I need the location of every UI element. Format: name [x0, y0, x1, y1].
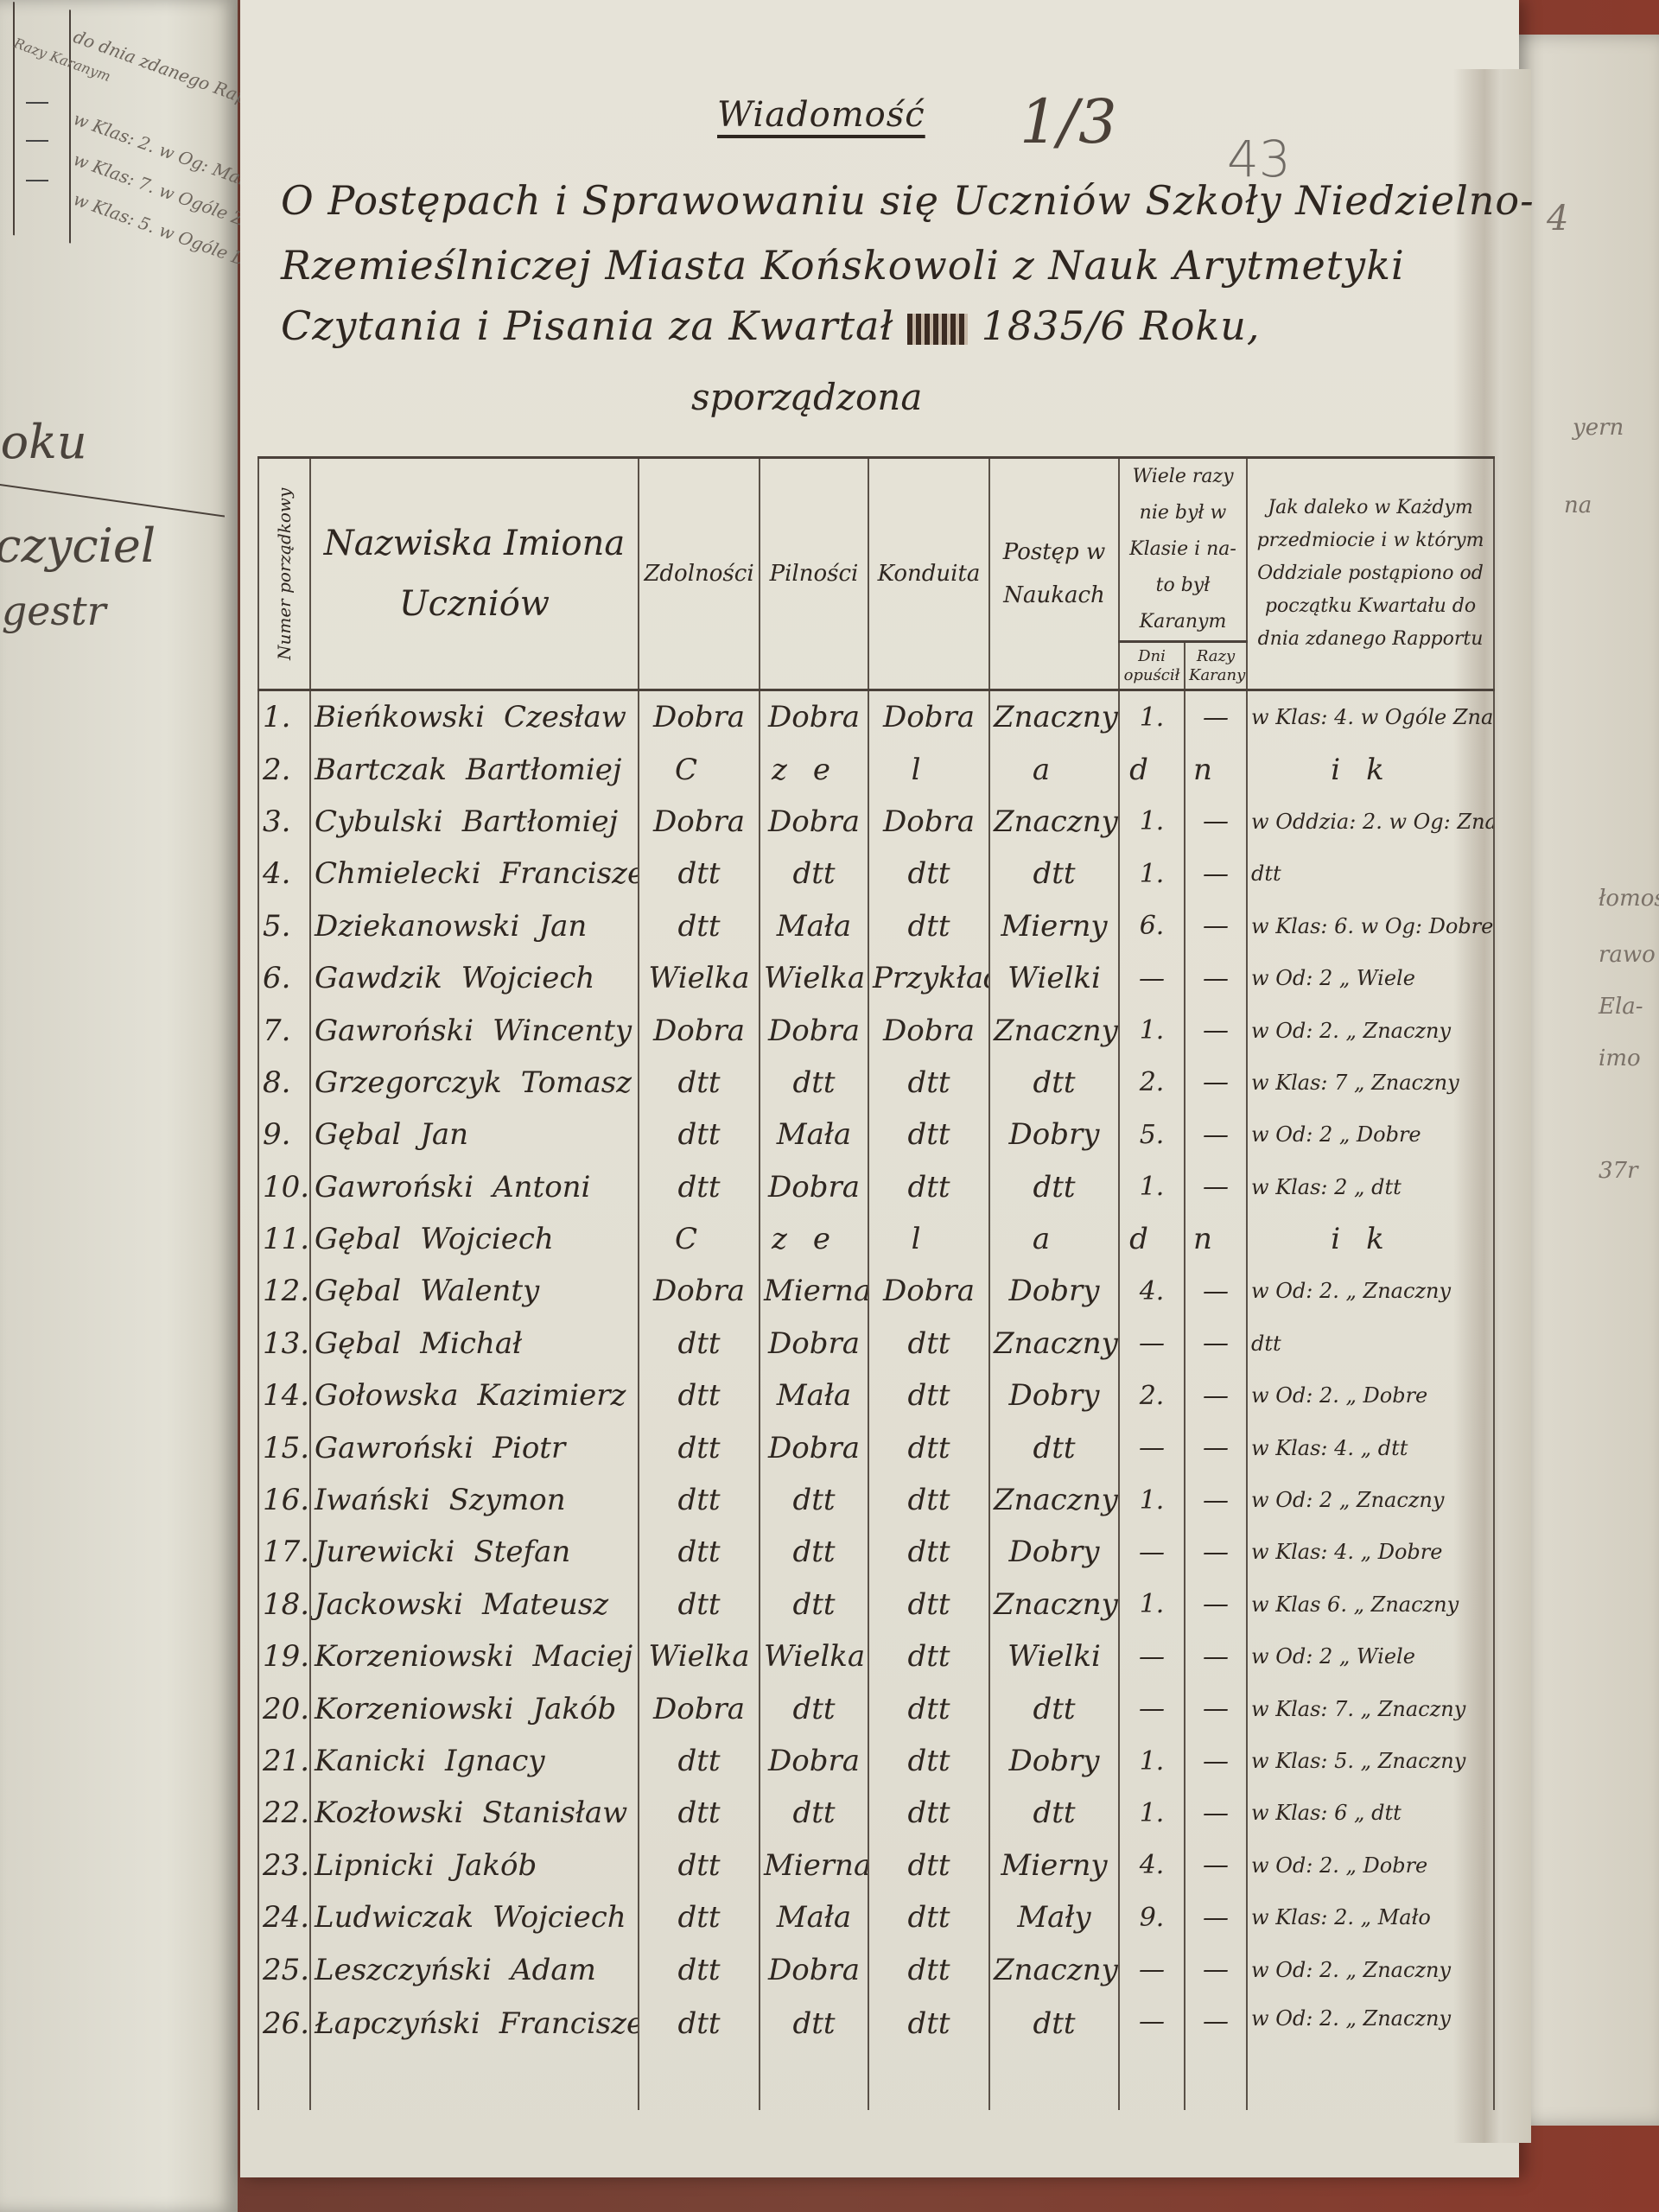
conduct-grade: dtt	[868, 1057, 989, 1109]
student-given-name: Bartłomiej	[466, 753, 621, 787]
journeyman-letters: l	[868, 743, 989, 795]
conduct-grade: dtt	[868, 1370, 989, 1421]
student-name: LeszczyńskiAdam	[310, 1943, 639, 1995]
student-surname: Lipnicki	[315, 1848, 435, 1883]
table-row: 12.GębalWalentyDobraMiernaDobraDobry4.—w…	[258, 1265, 1494, 1317]
days-absent: 1.	[1119, 690, 1185, 744]
student-surname: Łapczyński	[315, 2006, 480, 2041]
table-row: 8.GrzegorczykTomaszdttdttdttdtt2.—w Klas…	[258, 1057, 1494, 1109]
progress-grade: dtt	[989, 1421, 1119, 1473]
days-absent: 9.	[1119, 1891, 1185, 1943]
diligence-grade: Mierna	[760, 1840, 868, 1891]
table-row: 14.GołowskaKazimierzdttMaładttDobry2.—w …	[258, 1370, 1494, 1421]
student-surname: Gębal	[315, 1222, 401, 1256]
heading-line-1: O Postępach i Sprawowaniu się Uczniów Sz…	[281, 177, 1535, 224]
progress-grade: Znaczny	[989, 1474, 1119, 1526]
student-name: GębalMichał	[310, 1318, 639, 1370]
ability-grade: dtt	[639, 1421, 760, 1473]
progress-remark: w Klas: 7 „ Znaczny	[1247, 1057, 1494, 1109]
student-name: KorzeniowskiJakób	[310, 1682, 639, 1734]
days-absent: —	[1119, 1630, 1185, 1682]
row-number: 4.	[258, 848, 310, 899]
student-name: CybulskiBartłomiej	[310, 796, 639, 848]
days-absent: —	[1119, 952, 1185, 1004]
progress-remark: w Klas: 4. „ Dobre	[1247, 1526, 1494, 1578]
student-surname: Jurewicki	[315, 1535, 454, 1569]
left-page-dash	[26, 102, 48, 104]
row-number: 25.	[258, 1943, 310, 1995]
table-row: 23.LipnickiJakóbdttMiernadttMierny4.—w O…	[258, 1840, 1494, 1891]
days-absent: —	[1119, 1682, 1185, 1734]
journeyman-letters: l	[868, 1213, 989, 1265]
sheet-fragment: 37r	[1599, 1158, 1638, 1184]
times-punished: —	[1185, 1943, 1247, 1995]
ability-grade: Dobra	[639, 1004, 760, 1056]
student-name: GrzegorczykTomasz	[310, 1057, 639, 1109]
row-number: 20.	[258, 1682, 310, 1734]
journeyman-letter: n	[1193, 1222, 1238, 1256]
student-name: BieńkowskiCzesław	[310, 690, 639, 744]
sheet-fragment: na	[1564, 493, 1592, 518]
table-row: 24.LudwiczakWojciechdttMaładttMały9.—w K…	[258, 1891, 1494, 1943]
progress-remark: w Od: 2 „ Wiele	[1247, 952, 1494, 1004]
ability-grade: Dobra	[639, 1265, 760, 1317]
row-number: 16.	[258, 1474, 310, 1526]
header-names: Nazwiska Imiona Uczniów	[310, 458, 639, 690]
times-punished: —	[1185, 1682, 1247, 1734]
progress-remark: dtt	[1247, 848, 1494, 899]
row-number: 11.	[258, 1213, 310, 1265]
table-row: 20.KorzeniowskiJakóbDobradttdttdtt——w Kl…	[258, 1682, 1494, 1734]
times-punished: —	[1185, 1421, 1247, 1473]
student-surname: Gawdzik	[315, 961, 442, 995]
progress-remark: w Klas: 5. „ Znaczny	[1247, 1735, 1494, 1787]
progress-remark: w Klas: 2 „ dtt	[1247, 1161, 1494, 1213]
times-punished: —	[1185, 1318, 1247, 1370]
journeyman-letters: n	[1185, 1213, 1247, 1265]
student-name: GawrońskiPiotr	[310, 1421, 639, 1473]
ability-grade: dtt	[639, 848, 760, 899]
journeyman-letters: ze	[760, 1213, 868, 1265]
table-row: 25.LeszczyńskiAdamdttDobradttZnaczny——w …	[258, 1943, 1494, 1995]
times-punished: —	[1185, 1474, 1247, 1526]
ability-grade: dtt	[639, 900, 760, 952]
student-name: ChmieleckiFranciszek	[310, 848, 639, 899]
ability-grade: dtt	[639, 1840, 760, 1891]
student-name: KozłowskiStanisław	[310, 1787, 639, 1839]
table-row: 1.BieńkowskiCzesławDobraDobraDobraZnaczn…	[258, 690, 1494, 744]
progress-grade: dtt	[989, 1057, 1119, 1109]
student-surname: Cybulski	[315, 804, 443, 839]
header-ability: Zdolności	[639, 458, 760, 690]
progress-grade: Wielki	[989, 952, 1119, 1004]
diligence-grade: Dobra	[760, 1318, 868, 1370]
student-name: GębalJan	[310, 1109, 639, 1160]
student-name: KorzeniowskiMaciej	[310, 1630, 639, 1682]
diligence-grade: dtt	[760, 1682, 868, 1734]
conduct-grade: dtt	[868, 1630, 989, 1682]
document-title: Wiadomość	[717, 95, 925, 135]
student-given-name: Walenty	[420, 1274, 539, 1308]
conduct-grade: dtt	[868, 848, 989, 899]
journeyman-letter: l	[912, 753, 947, 787]
diligence-grade: Dobra	[760, 1161, 868, 1213]
progress-remark: w Klas: 6 „ dtt	[1247, 1787, 1494, 1839]
heading-line-3-text: Czytania i Pisania za Kwartał	[281, 302, 893, 349]
student-surname: Kanicki	[315, 1744, 426, 1778]
heading-line-3: Czytania i Pisania za Kwartał 1835/6 Rok…	[281, 302, 1261, 349]
table-row: 13.GębalMichałdttDobradttZnaczny——dtt	[258, 1318, 1494, 1370]
progress-grade: dtt	[989, 1682, 1119, 1734]
student-given-name: Wincenty	[493, 1014, 632, 1048]
header-attendance-group: Wiele razy nie był w Klasie i na-to był …	[1119, 458, 1247, 642]
table-row: 15.GawrońskiPiotrdttDobradttdtt——w Klas:…	[258, 1421, 1494, 1473]
student-name: DziekanowskiJan	[310, 900, 639, 952]
progress-grade: Znaczny	[989, 1579, 1119, 1630]
student-given-name: Michał	[420, 1326, 522, 1361]
journeyman-letter: C	[675, 753, 723, 787]
progress-remark: w Klas: 2. „ Mało	[1247, 1891, 1494, 1943]
conduct-grade: dtt	[868, 1318, 989, 1370]
journeyman-letters: ze	[760, 743, 868, 795]
progress-grade: Dobry	[989, 1526, 1119, 1578]
journeyman-letter: e	[813, 1222, 856, 1256]
diligence-grade: dtt	[760, 1057, 868, 1109]
student-name: ŁapczyńskiFranciszek	[310, 1996, 639, 2110]
student-name: GawrońskiAntoni	[310, 1161, 639, 1213]
student-name: GawrońskiWincenty	[310, 1004, 639, 1056]
table-row: 26.ŁapczyńskiFranciszekdttdttdttdtt——w O…	[258, 1996, 1494, 2110]
student-surname: Bartczak	[315, 753, 447, 787]
conduct-grade: dtt	[868, 1787, 989, 1839]
journeyman-letters: a	[989, 1213, 1119, 1265]
conduct-grade: dtt	[868, 1474, 989, 1526]
student-name: JackowskiMateusz	[310, 1579, 639, 1630]
times-punished: —	[1185, 848, 1247, 899]
left-page-word: Nauczyciel	[0, 518, 156, 573]
progress-remark: w Od: 2. „ Dobre	[1247, 1840, 1494, 1891]
ability-grade: Wielka	[639, 952, 760, 1004]
journeyman-letters: C	[639, 1213, 760, 1265]
times-punished: —	[1185, 1265, 1247, 1317]
student-surname: Chmielecki	[315, 856, 481, 891]
sheet-fragment: 4	[1547, 199, 1568, 238]
student-given-name: Maciej	[533, 1639, 633, 1674]
row-number: 2.	[258, 743, 310, 795]
days-absent: 2.	[1119, 1057, 1185, 1109]
times-punished: —	[1185, 1370, 1247, 1421]
table-row: 3.CybulskiBartłomiejDobraDobraDobraZnacz…	[258, 796, 1494, 848]
times-punished: —	[1185, 1996, 1247, 2110]
student-given-name: Franciszek	[500, 856, 639, 891]
days-absent: 1.	[1119, 1474, 1185, 1526]
student-surname: Gawroński	[315, 1431, 474, 1465]
sheet-fragment: Ela-	[1599, 994, 1643, 1020]
table-row: 11.GębalWojciechCzeladnik	[258, 1213, 1494, 1265]
times-punished: —	[1185, 1787, 1247, 1839]
progress-remark: w Klas: 4. w Ogóle Znaczny	[1247, 690, 1494, 744]
table-row: 2.BartczakBartłomiejCzeladnik	[258, 743, 1494, 795]
student-name: LudwiczakWojciech	[310, 1891, 639, 1943]
times-punished: —	[1185, 1526, 1247, 1578]
days-absent: 1.	[1119, 1735, 1185, 1787]
progress-grade: Znaczny	[989, 1004, 1119, 1056]
diligence-grade: dtt	[760, 1996, 868, 2110]
header-conduct: Konduita	[868, 458, 989, 690]
diligence-grade: Wielka	[760, 952, 868, 1004]
document-subtitle: sporządzona	[691, 376, 922, 418]
student-surname: Korzeniowski	[315, 1639, 514, 1674]
progress-remark: w Od: 2 „ Znaczny	[1247, 1474, 1494, 1526]
table-row: 16.IwańskiSzymondttdttdttZnaczny1.—w Od:…	[258, 1474, 1494, 1526]
progress-grade: Mierny	[989, 900, 1119, 952]
conduct-grade: dtt	[868, 1943, 989, 1995]
journeyman-letter: C	[675, 1222, 723, 1256]
row-number: 10.	[258, 1161, 310, 1213]
left-page-dash	[26, 180, 48, 181]
sheet-fragment: rawo	[1599, 942, 1656, 968]
days-absent: 1.	[1119, 1161, 1185, 1213]
redacted-quarter-mark	[907, 314, 968, 345]
header-days-absent: Dni opuścił	[1119, 642, 1185, 690]
header-progress: Postęp w Naukach	[989, 458, 1119, 690]
journeyman-letters: ik	[1247, 1213, 1494, 1265]
conduct-grade: dtt	[868, 1421, 989, 1473]
student-name: KanickiIgnacy	[310, 1735, 639, 1787]
progress-grade: dtt	[989, 1996, 1119, 2110]
journeyman-letter: l	[912, 1222, 947, 1256]
left-page-word: Roku	[0, 415, 87, 469]
student-name: IwańskiSzymon	[310, 1474, 639, 1526]
ability-grade: Dobra	[639, 796, 760, 848]
student-register-table: Numer porządkowy Nazwiska Imiona Uczniów…	[257, 456, 1495, 2110]
journeyman-letter: d	[1129, 1222, 1174, 1256]
student-surname: Gołowska	[315, 1378, 459, 1413]
student-given-name: Ignacy	[445, 1744, 545, 1778]
table-row: 6.GawdzikWojciechWielkaWielkaPrzykład:Wi…	[258, 952, 1494, 1004]
row-number: 5.	[258, 900, 310, 952]
journeyman-letter: z	[772, 1222, 813, 1256]
progress-remark: w Klas: 6. w Og: Dobre	[1247, 900, 1494, 952]
diligence-grade: Dobra	[760, 690, 868, 744]
diligence-grade: dtt	[760, 1579, 868, 1630]
diligence-grade: Wielka	[760, 1630, 868, 1682]
table-row: 18.JackowskiMateuszdttdttdttZnaczny1.—w …	[258, 1579, 1494, 1630]
times-punished: —	[1185, 1161, 1247, 1213]
student-surname: Dziekanowski	[315, 909, 519, 944]
student-given-name: Piotr	[493, 1431, 565, 1465]
diligence-grade: dtt	[760, 1787, 868, 1839]
journeyman-letters: a	[989, 743, 1119, 795]
student-given-name: Czesław	[504, 700, 626, 734]
diligence-grade: Mierna	[760, 1265, 868, 1317]
days-absent: —	[1119, 1943, 1185, 1995]
table-row: 17.JurewickiStefandttdttdttDobry——w Klas…	[258, 1526, 1494, 1578]
times-punished: —	[1185, 900, 1247, 952]
row-number: 6.	[258, 952, 310, 1004]
progress-grade: Dobry	[989, 1109, 1119, 1160]
progress-grade: Wielki	[989, 1630, 1119, 1682]
times-punished: —	[1185, 796, 1247, 848]
student-given-name: Stanisław	[482, 1796, 627, 1830]
left-page-column-line	[13, 2, 15, 235]
sheet-fragment: imo	[1599, 1046, 1641, 1071]
progress-grade: Dobry	[989, 1265, 1119, 1317]
progress-remark: w Od: 2 „ Dobre	[1247, 1109, 1494, 1160]
conduct-grade: dtt	[868, 1840, 989, 1891]
row-number: 7.	[258, 1004, 310, 1056]
journeyman-letter: i	[1331, 753, 1366, 787]
ability-grade: dtt	[639, 1943, 760, 1995]
ability-grade: dtt	[639, 1996, 760, 2110]
student-given-name: Jakób	[454, 1848, 537, 1883]
times-punished: —	[1185, 690, 1247, 744]
ability-grade: Dobra	[639, 1682, 760, 1734]
register-rows: 1.BieńkowskiCzesławDobraDobraDobraZnaczn…	[258, 690, 1494, 2110]
days-absent: 6.	[1119, 900, 1185, 952]
table-row: 10.GawrońskiAntonidttDobradttdtt1.—w Kla…	[258, 1161, 1494, 1213]
student-given-name: Adam	[511, 1953, 596, 1987]
student-surname: Korzeniowski	[315, 1692, 514, 1726]
conduct-grade: dtt	[868, 1996, 989, 2110]
student-name: JurewickiStefan	[310, 1526, 639, 1578]
heading-line-2: Rzemieślniczej Miasta Końskowoli z Nauk …	[281, 242, 1405, 289]
progress-grade: Dobry	[989, 1735, 1119, 1787]
journeyman-letter: z	[772, 753, 813, 787]
journeyman-letter: e	[813, 753, 856, 787]
progress-remark: w Od: 2. „ Znaczny	[1247, 1265, 1494, 1317]
days-absent: 1.	[1119, 1579, 1185, 1630]
student-surname: Jackowski	[315, 1587, 463, 1622]
diligence-grade: dtt	[760, 1526, 868, 1578]
row-number: 23.	[258, 1840, 310, 1891]
table-row: 5.DziekanowskiJandttMaładttMierny6.—w Kl…	[258, 900, 1494, 952]
row-number: 3.	[258, 796, 310, 848]
ability-grade: dtt	[639, 1109, 760, 1160]
days-absent: 2.	[1119, 1370, 1185, 1421]
row-number: 21.	[258, 1735, 310, 1787]
journeyman-letter: a	[1033, 1222, 1076, 1256]
student-surname: Kozłowski	[315, 1796, 463, 1830]
journeyman-letter: k	[1366, 753, 1410, 787]
conduct-grade: dtt	[868, 1161, 989, 1213]
row-number: 8.	[258, 1057, 310, 1109]
ability-grade: dtt	[639, 1474, 760, 1526]
conduct-grade: Dobra	[868, 796, 989, 848]
student-surname: Grzegorczyk	[315, 1065, 502, 1100]
student-name: BartczakBartłomiej	[310, 743, 639, 795]
journeyman-letters: ik	[1247, 743, 1494, 795]
header-diligence: Pilności	[760, 458, 868, 690]
student-given-name: Wojciech	[461, 961, 595, 995]
row-number: 18.	[258, 1579, 310, 1630]
ability-grade: dtt	[639, 1057, 760, 1109]
header-times-punished: Razy Karanym	[1185, 642, 1247, 690]
table-row: 22.KozłowskiStanisławdttdttdttdtt1.—w Kl…	[258, 1787, 1494, 1839]
days-absent: 4.	[1119, 1265, 1185, 1317]
diligence-grade: Dobra	[760, 1943, 868, 1995]
student-given-name: Wojciech	[493, 1900, 626, 1935]
conduct-grade: dtt	[868, 900, 989, 952]
progress-remark: w Od: 2. „ Znaczny	[1247, 1996, 1494, 2110]
student-given-name: Wojciech	[420, 1222, 554, 1256]
diligence-grade: Dobra	[760, 1004, 868, 1056]
times-punished: —	[1185, 1579, 1247, 1630]
conduct-grade: Przykład:	[868, 952, 989, 1004]
row-number: 26.	[258, 1996, 310, 2110]
row-number: 12.	[258, 1265, 310, 1317]
conduct-grade: dtt	[868, 1735, 989, 1787]
student-surname: Gębal	[315, 1326, 401, 1361]
progress-remark: w Od: 2. „ Znaczny	[1247, 1004, 1494, 1056]
sheet-fragment: yern	[1573, 415, 1624, 441]
row-number: 13.	[258, 1318, 310, 1370]
diligence-grade: dtt	[760, 1474, 868, 1526]
ability-grade: dtt	[639, 1161, 760, 1213]
left-facing-page: Razy Karanym do dnia zdanego Rapportu w …	[0, 0, 238, 2212]
times-punished: —	[1185, 1057, 1247, 1109]
progress-remark: w Od: 2. „ Znaczny	[1247, 1943, 1494, 1995]
journeyman-letters: d	[1119, 743, 1185, 795]
journeyman-letter: k	[1366, 1222, 1410, 1256]
progress-grade: Znaczny	[989, 796, 1119, 848]
student-surname: Iwański	[315, 1483, 430, 1517]
row-number: 9.	[258, 1109, 310, 1160]
student-name: GębalWojciech	[310, 1213, 639, 1265]
heading-year: 1835/6 Roku,	[982, 302, 1261, 349]
header-number: Numer porządkowy	[258, 458, 310, 690]
student-given-name: Antoni	[493, 1170, 590, 1205]
progress-remark: w Klas 6. „ Znaczny	[1247, 1579, 1494, 1630]
progress-grade: Dobry	[989, 1370, 1119, 1421]
days-absent: 1.	[1119, 796, 1185, 848]
diligence-grade: Dobra	[760, 1421, 868, 1473]
student-given-name: Kazimierz	[478, 1378, 626, 1413]
progress-remark: w Od: 2. „ Dobre	[1247, 1370, 1494, 1421]
times-punished: —	[1185, 1735, 1247, 1787]
student-name: GawdzikWojciech	[310, 952, 639, 1004]
progress-remark: w Klas: 7. „ Znaczny	[1247, 1682, 1494, 1734]
days-absent: 5.	[1119, 1109, 1185, 1160]
ability-grade: dtt	[639, 1735, 760, 1787]
diligence-grade: Dobra	[760, 1735, 868, 1787]
days-absent: —	[1119, 1996, 1185, 2110]
conduct-grade: Dobra	[868, 690, 989, 744]
days-absent: —	[1119, 1526, 1185, 1578]
student-given-name: Stefan	[474, 1535, 570, 1569]
times-punished: —	[1185, 1630, 1247, 1682]
times-punished: —	[1185, 1109, 1247, 1160]
progress-grade: Znaczny	[989, 690, 1119, 744]
progress-grade: Znaczny	[989, 1318, 1119, 1370]
days-absent: 4.	[1119, 1840, 1185, 1891]
student-given-name: Jakób	[533, 1692, 617, 1726]
student-given-name: Szymon	[449, 1483, 566, 1517]
header-remarks: Jak daleko w Każdym przedmiocie i w któr…	[1247, 458, 1494, 690]
table-row: 9.GębalJandttMaładttDobry5.—w Od: 2 „ Do…	[258, 1109, 1494, 1160]
row-number: 14.	[258, 1370, 310, 1421]
student-surname: Gawroński	[315, 1170, 474, 1205]
journeyman-letters: d	[1119, 1213, 1185, 1265]
left-page-dash	[26, 140, 48, 142]
progress-grade: dtt	[989, 1787, 1119, 1839]
student-surname: Gębal	[315, 1117, 401, 1152]
student-given-name: Jan	[538, 909, 587, 944]
conduct-grade: dtt	[868, 1682, 989, 1734]
diligence-grade: Mała	[760, 1370, 868, 1421]
table-row: 7.GawrońskiWincentyDobraDobraDobraZnaczn…	[258, 1004, 1494, 1056]
times-punished: —	[1185, 952, 1247, 1004]
